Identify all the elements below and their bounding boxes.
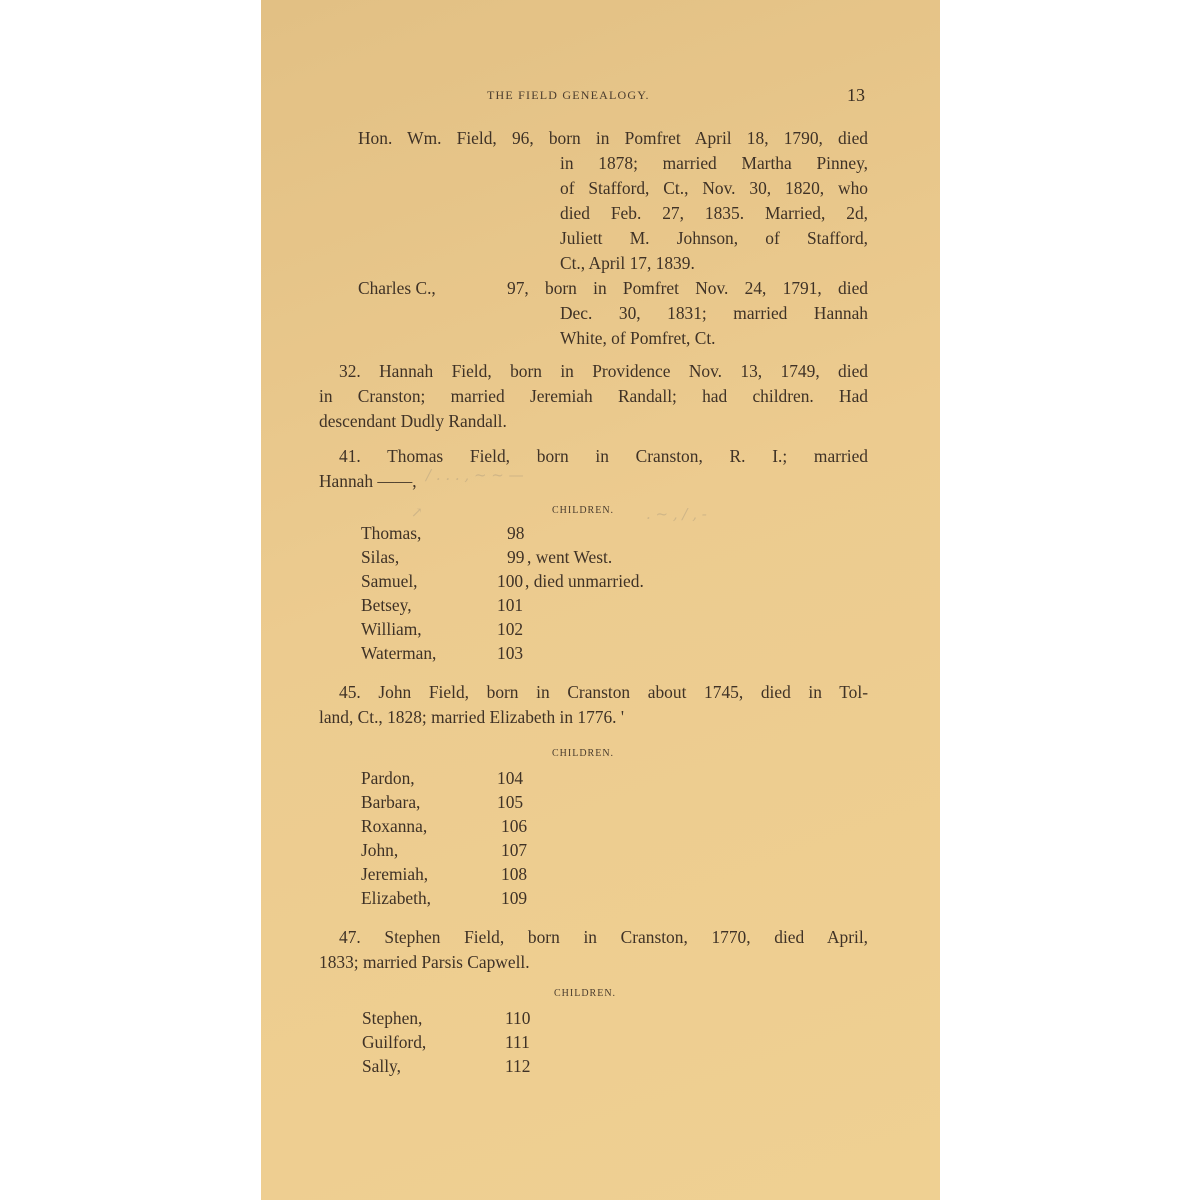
entry-line: Ct., April 17, 1839. [560,251,695,276]
entry-line: Hannah ——, [319,469,417,494]
pencil-annotation: ↗ [411,505,423,521]
children-heading: CHILDREN. [552,748,614,759]
child-name: Betsey, [361,593,412,617]
child-number: 109 [501,886,527,910]
entry-line: died Feb. 27, 1835. Married, 2d, [560,201,868,226]
child-note: , died unmarried. [525,569,644,593]
pencil-annotation: . ~ , / , - [646,505,707,523]
child-number: 107 [501,838,527,862]
page-number: 13 [847,85,865,106]
child-name: Silas, [361,545,399,569]
child-number: 106 [501,814,527,838]
child-note: , went West. [527,545,612,569]
child-number: 101 [497,593,523,617]
entry-line: in 1878; married Martha Pinney, [560,151,868,176]
child-name: Sally, [362,1054,401,1078]
child-name: Barbara, [361,790,420,814]
entry-line: 47. Stephen Field, born in Cranston, 177… [339,925,868,950]
child-number: 100 [497,569,523,593]
child-name: Stephen, [362,1006,422,1030]
child-name: John, [361,838,398,862]
children-heading: CHILDREN. [552,505,614,516]
entry-line: descendant Dudly Randall. [319,409,507,434]
child-number: 104 [497,766,523,790]
child-number: 105 [497,790,523,814]
child-name: Waterman, [361,641,436,665]
child-number: 111 [505,1030,530,1054]
entry-line: 32. Hannah Field, born in Providence Nov… [339,359,868,384]
book-page: THE FIELD GENEALOGY. 13 Hon. Wm. Field, … [261,0,940,1200]
child-number: 98 [507,521,524,545]
child-number: 112 [505,1054,530,1078]
child-number: 99 [507,545,524,569]
entry-line: Hon. Wm. Field, 96, born in Pomfret Apri… [358,126,868,151]
entry-line: 41. Thomas Field, born in Cranston, R. I… [339,444,868,469]
entry-line: 97, born in Pomfret Nov. 24, 1791, died [507,276,868,301]
child-number: 102 [497,617,523,641]
entry-line: in Cranston; married Jeremiah Randall; h… [319,384,868,409]
running-title: THE FIELD GENEALOGY. [487,88,650,103]
child-number: 103 [497,641,523,665]
entry-line: 1833; married Parsis Capwell. [319,950,530,975]
children-heading: CHILDREN. [554,988,616,999]
child-name: Elizabeth, [361,886,431,910]
entry-line: of Stafford, Ct., Nov. 30, 1820, who [560,176,868,201]
child-name: Pardon, [361,766,415,790]
entry-line: Juliett M. Johnson, of Stafford, [560,226,868,251]
child-name: Charles C., [358,276,436,301]
pencil-annotation: / . . . , ~ ~ — [426,466,524,484]
entry-line: 45. John Field, born in Cranston about 1… [339,680,868,705]
child-name: Jeremiah, [361,862,428,886]
child-name: William, [361,617,422,641]
child-name: Guilford, [362,1030,426,1054]
child-name: Thomas, [361,521,421,545]
entry-line: land, Ct., 1828; married Elizabeth in 17… [319,705,624,730]
entry-line: Dec. 30, 1831; married Hannah [560,301,868,326]
child-name: Roxanna, [361,814,427,838]
child-number: 108 [501,862,527,886]
entry-line: White, of Pomfret, Ct. [560,326,716,351]
page-header: THE FIELD GENEALOGY. 13 [261,88,940,108]
child-number: 110 [505,1006,530,1030]
child-name: Samuel, [361,569,418,593]
